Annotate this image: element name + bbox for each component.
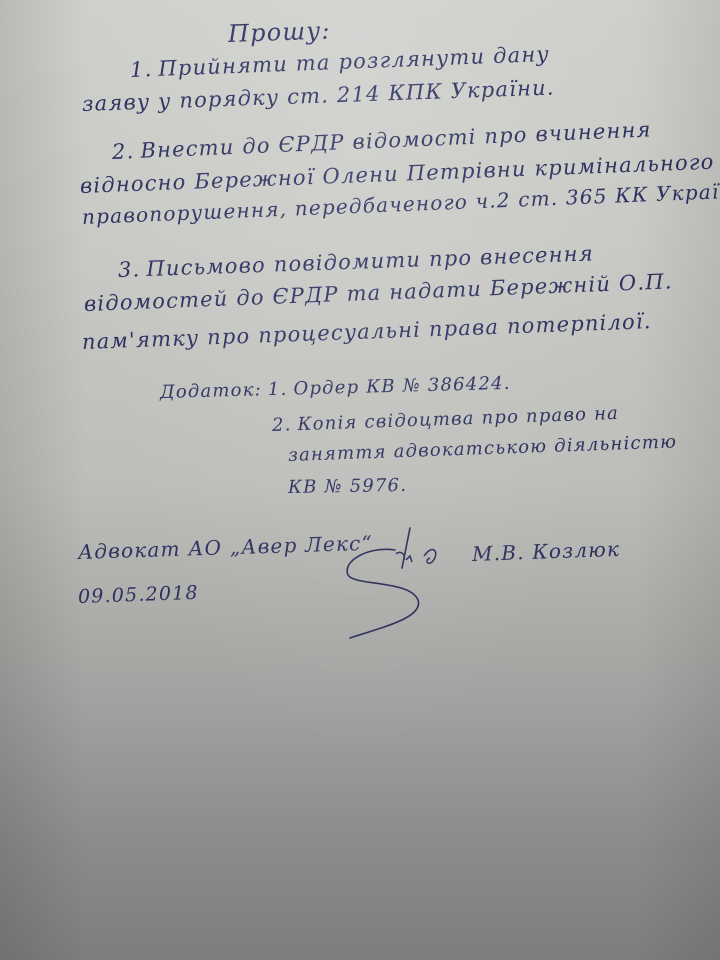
handwritten-document-page: Прошу: 1.Прийняти та розглянути дану зая… [0, 0, 720, 960]
request-3-number: 3. [118, 257, 141, 282]
attachment-2-text-1: Копія свідоцтва про право на [297, 403, 619, 435]
signature-scribble-icon [340, 520, 490, 640]
signer-role: Адвокат АО „Авер Лекс“ [78, 531, 374, 564]
request-3-line-3: пам'ятку про процесуальні права потерпіл… [82, 309, 653, 354]
request-1-line-2: заяву у порядку ст. 214 КПК України. [82, 76, 556, 116]
attachments-line-1: Додаток:1.Ордер КВ № 386424. [160, 373, 511, 403]
request-2-number: 2. [111, 139, 134, 164]
attachments-label: Додаток: [160, 379, 262, 403]
attachment-2-line-2: заняття адвокатською діяльністю [288, 431, 678, 466]
request-1-line-1: 1.Прийняти та розглянути дану [130, 42, 551, 82]
signer-name: М.В. Козлюк [472, 537, 621, 566]
attachment-1-text: Ордер КВ № 386424. [293, 373, 511, 400]
document-heading: Прошу: [228, 16, 332, 48]
request-1-number: 1. [130, 57, 153, 82]
attachment-2-line-3: КВ № 5976. [288, 475, 408, 498]
attachment-1-number: 1. [268, 379, 288, 401]
attachment-2-line-1: 2.Копія свідоцтва про право на [272, 403, 620, 436]
attachment-2-number: 2. [272, 414, 292, 436]
request-1-text-1: Прийняти та розглянути дану [158, 42, 550, 81]
document-date: 09.05.2018 [78, 582, 199, 608]
